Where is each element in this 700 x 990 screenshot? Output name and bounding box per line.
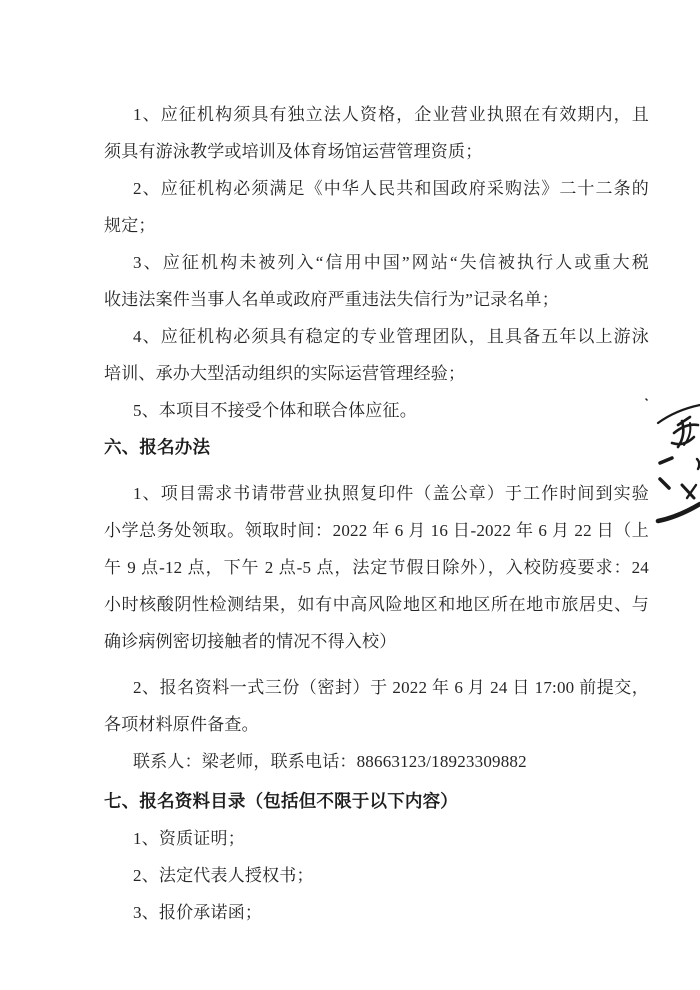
- text-line: 须具有游泳教学或培训及体育场馆运营管理资质；: [104, 133, 649, 170]
- text-line: 1、项目需求书请带营业执照复印件（盖公章）于工作时间到实验: [104, 475, 649, 512]
- text-line: 各项材料原件备查。: [104, 706, 649, 743]
- ink-stroke-dot: [646, 399, 647, 400]
- text-line: 1、资质证明；: [104, 820, 649, 857]
- text-line: 3、应征机构未被列入“信用中国”网站“失信被执行人或重大税: [104, 244, 649, 281]
- ink-stroke-dash: [660, 458, 672, 463]
- ink-stroke-top-arc: [658, 405, 700, 423]
- document-page: 1、应征机构须具有独立法人资格，企业营业执照在有效期内，且须具有游泳教学或培训及…: [0, 0, 700, 990]
- handwritten-ink-stamp: [638, 393, 700, 548]
- ink-stroke-dash: [660, 479, 669, 488]
- ink-stroke-dash: [697, 459, 699, 469]
- text-line: 午 9 点-12 点，下午 2 点-5 点，法定节假日除外），入校防疫要求：24: [104, 549, 649, 586]
- text-line: 2、法定代表人授权书；: [104, 857, 649, 894]
- text-line: 小时核酸阴性检测结果，如有中高风险地区和地区所在地市旅居史、与: [104, 586, 649, 623]
- section-heading: 七、报名资料目录（包括但不限于以下内容）: [104, 783, 649, 820]
- text-line: 3、报价承诺函；: [104, 894, 649, 931]
- document-text: 1、应征机构须具有独立法人资格，企业营业执照在有效期内，且须具有游泳教学或培训及…: [104, 96, 649, 931]
- section-heading: 六、报名办法: [104, 429, 649, 466]
- text-line: 培训、承办大型活动组织的实际运营管理经验；: [104, 355, 649, 392]
- text-line: 2、报名资料一式三份（密封）于 2022 年 6 月 24 日 17:00 前提…: [104, 669, 649, 706]
- text-line: 联系人：梁老师，联系电话：88663123/18923309882: [104, 743, 649, 780]
- text-line: 2、应征机构必须满足《中华人民共和国政府采购法》二十二条的: [104, 170, 649, 207]
- ink-stroke-bottom-arc: [658, 504, 700, 521]
- text-line: 小学总务处领取。领取时间：2022 年 6 月 16 日-2022 年 6 月 …: [104, 512, 649, 549]
- text-line: 1、应征机构须具有独立法人资格，企业营业执照在有效期内，且: [104, 96, 649, 133]
- text-line: 规定；: [104, 207, 649, 244]
- text-line: 确诊病例密切接触者的情况不得入校）: [104, 623, 649, 660]
- text-line: 4、应征机构必须具有稳定的专业管理团队，且具备五年以上游泳: [104, 318, 649, 355]
- text-line: 收违法案件当事人名单或政府严重违法失信行为”记录名单；: [104, 281, 649, 318]
- text-line: 5、本项目不接受个体和联合体应征。: [104, 392, 649, 429]
